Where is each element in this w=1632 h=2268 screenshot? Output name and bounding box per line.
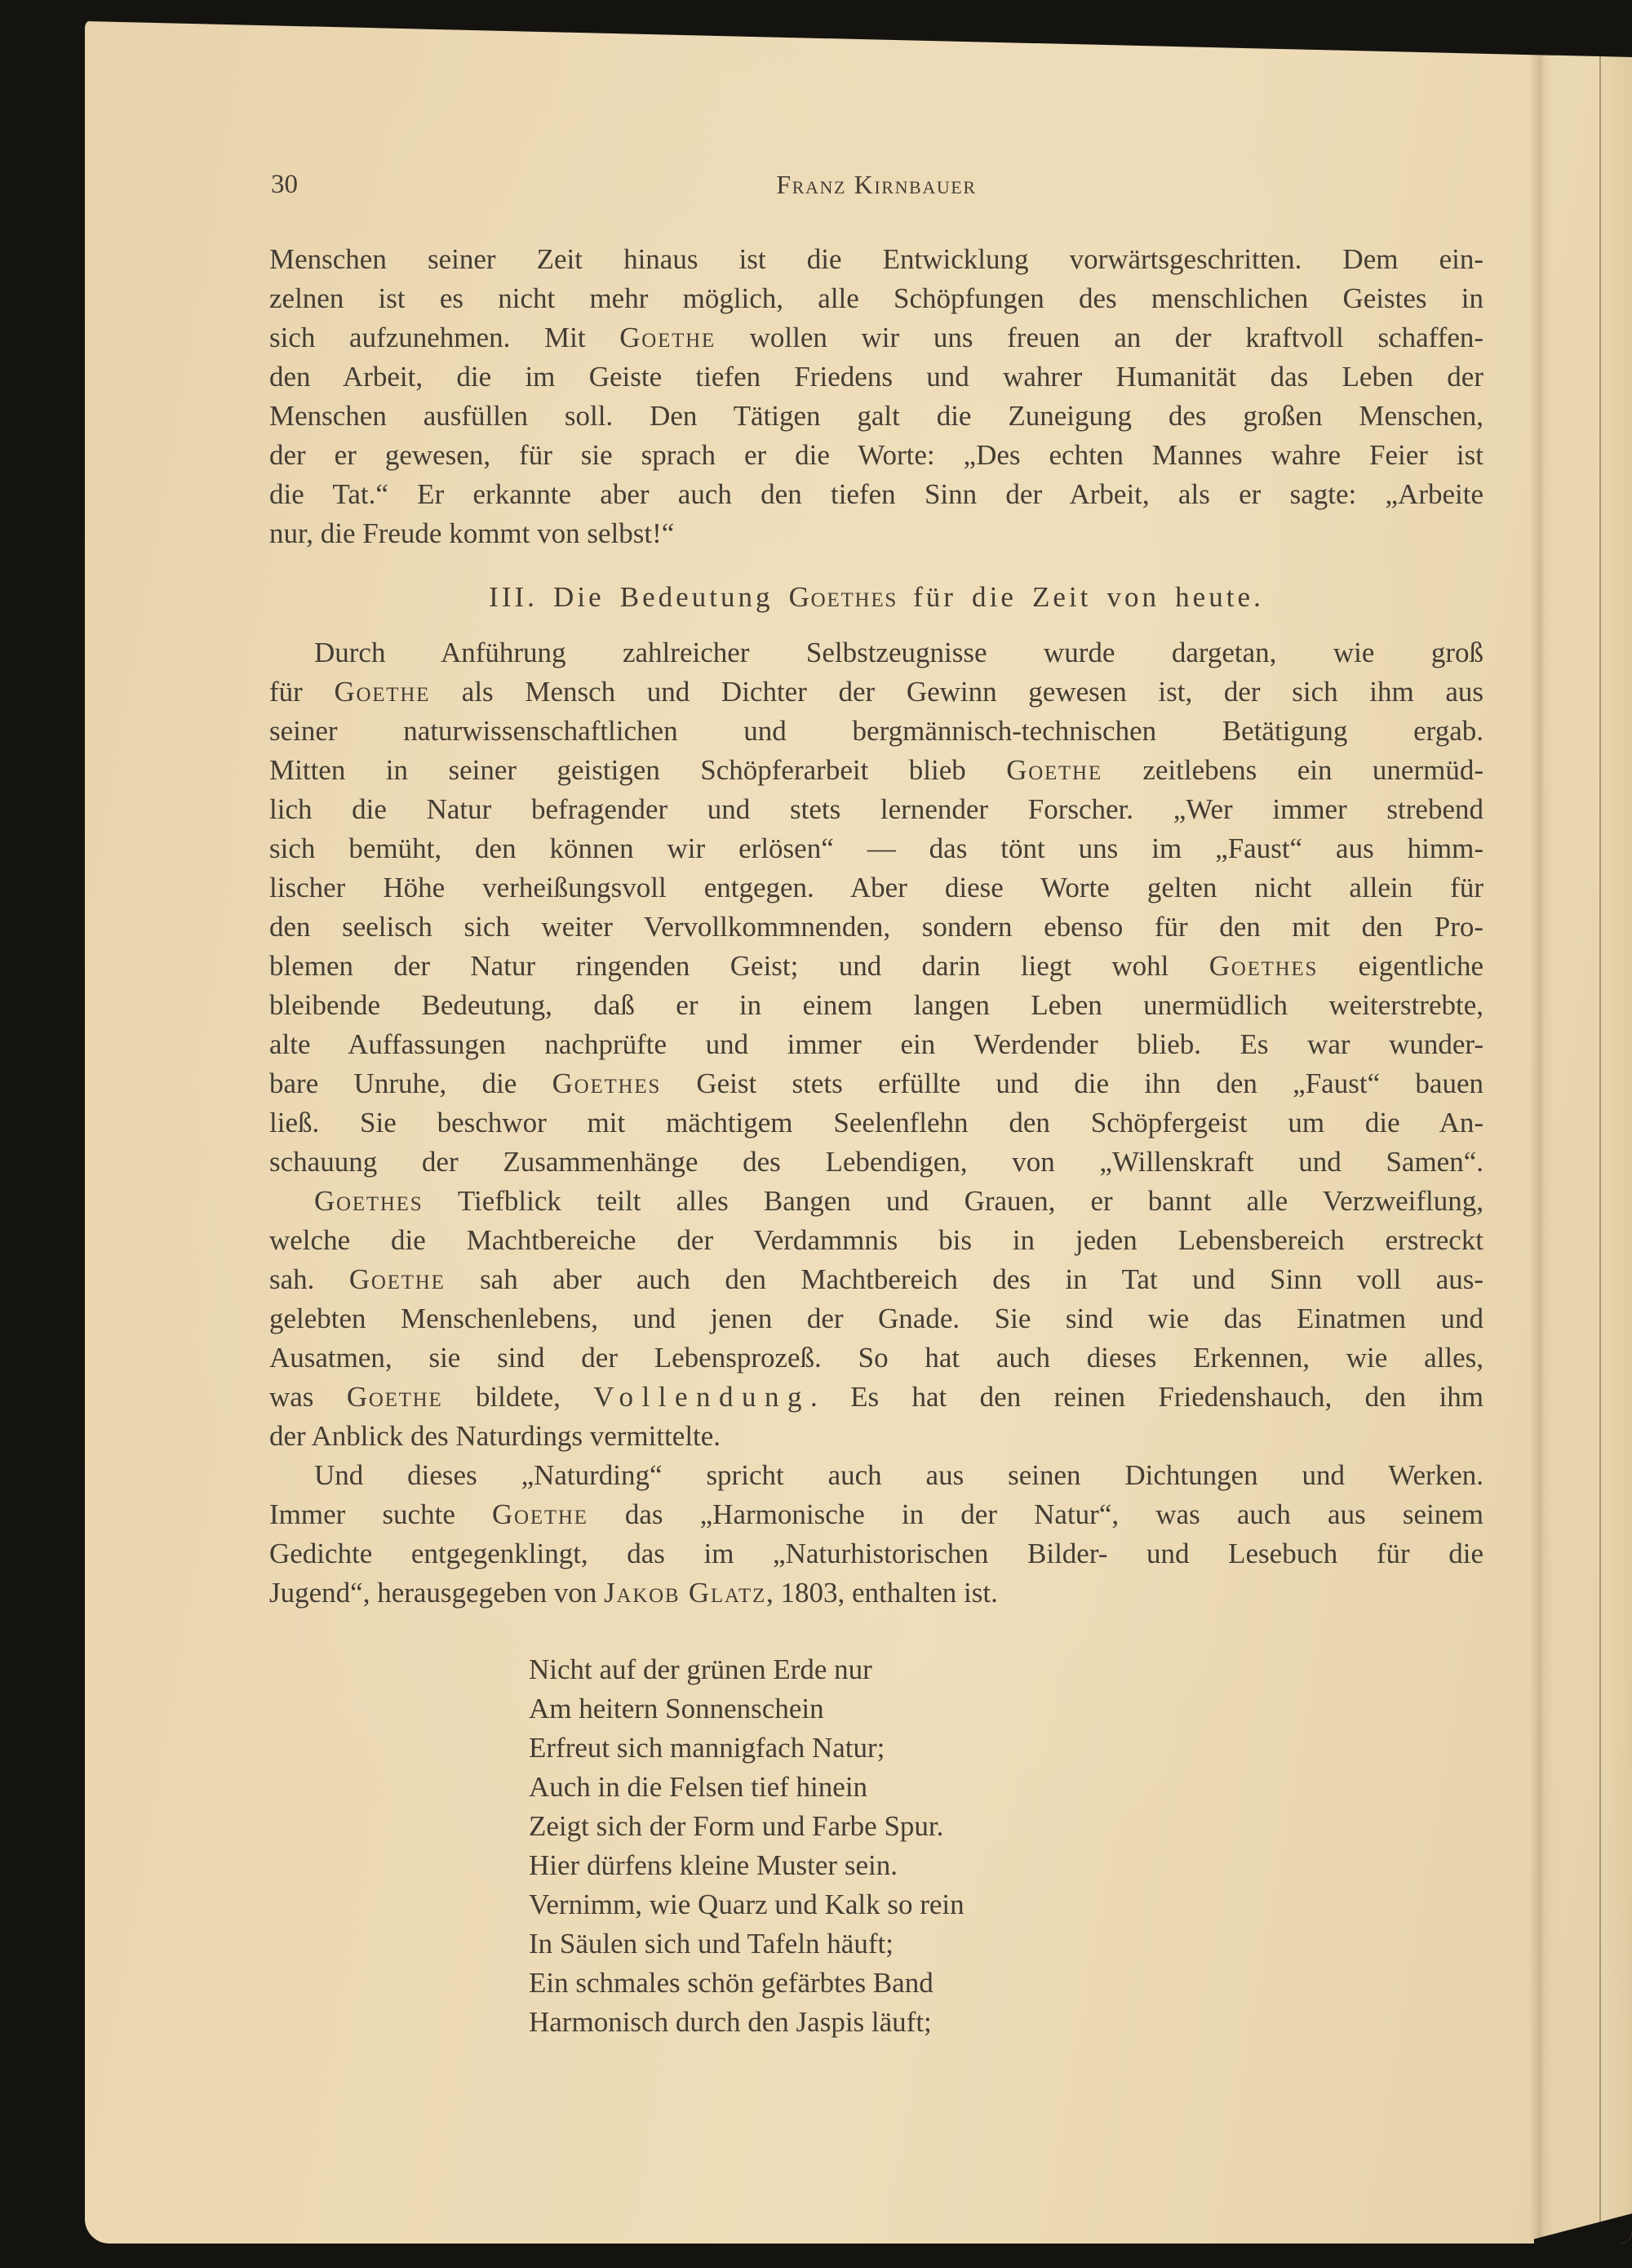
text-line: lich die Natur befragender und stets ler… <box>269 790 1483 829</box>
book-page-edges <box>24 44 91 2235</box>
text-line: nur, die Freude kommt von selbst!“ <box>269 514 1483 553</box>
photo-shadow-top <box>85 20 1632 60</box>
text-line: den seelisch sich weiter Vervollkommnend… <box>269 908 1483 947</box>
paragraph: Goethes Tiefblick teilt alles Bangen und… <box>269 1182 1483 1456</box>
text-line: Goethes Tiefblick teilt alles Bangen und… <box>269 1182 1483 1221</box>
text-line: für Goethe als Mensch und Dichter der Ge… <box>269 672 1483 712</box>
text-line: der er gewesen, für sie sprach er die Wo… <box>269 436 1483 475</box>
poem-line: Ein schmales schön gefärbtes Band <box>529 1964 1483 2003</box>
running-header: Franz Kirnbauer <box>269 165 1483 204</box>
text-line: Menschen seiner Zeit hinaus ist die Entw… <box>269 240 1483 279</box>
page-header: 30 Franz Kirnbauer <box>269 165 1483 201</box>
text-line: bare Unruhe, die Goethes Geist stets erf… <box>269 1064 1483 1103</box>
text-line: sich aufzunehmen. Mit Goethe wollen wir … <box>269 318 1483 357</box>
text-line: alte Auffassungen nachprüfte und immer e… <box>269 1025 1483 1064</box>
text-line: Gedichte entgegenklingt, das im „Naturhi… <box>269 1534 1483 1573</box>
text-line: welche die Machtbereiche der Verdammnis … <box>269 1221 1483 1260</box>
text-line: sah. Goethe sah aber auch den Machtberei… <box>269 1260 1483 1299</box>
book-page: 30 Franz Kirnbauer Menschen seiner Zeit … <box>85 20 1632 2244</box>
text-line: seiner naturwissenschaftlichen und bergm… <box>269 712 1483 751</box>
scanned-book-photo: 30 Franz Kirnbauer Menschen seiner Zeit … <box>0 0 1632 2268</box>
text-line: Durch Anführung zahlreicher Selbstzeugni… <box>269 633 1483 672</box>
text-line: Menschen ausfüllen soll. Den Tätigen gal… <box>269 397 1483 436</box>
paragraph-continuation: Menschen seiner Zeit hinaus ist die Entw… <box>269 240 1483 553</box>
poem-line: Zeigt sich der Form und Farbe Spur. <box>529 1807 1483 1846</box>
poem-line: Nicht auf der grünen Erde nur <box>529 1650 1483 1689</box>
poem-line: Hier dürfens kleine Muster sein. <box>529 1846 1483 1885</box>
poem-line: Vernimm, wie Quarz und Kalk so rein <box>529 1885 1483 1924</box>
poem-line: Erfreut sich mannigfach Natur; <box>529 1729 1483 1768</box>
text-line: ließ. Sie beschwor mit mächtigem Seelenf… <box>269 1103 1483 1143</box>
text-line: die Tat.“ Er erkannte aber auch den tief… <box>269 475 1483 514</box>
page-crease <box>1529 52 1554 2244</box>
poem-line: In Säulen sich und Tafeln häuft; <box>529 1924 1483 1964</box>
text-line: der Anblick des Naturdings vermittelte. <box>269 1417 1483 1456</box>
text-line: Mitten in seiner geistigen Schöpferarbei… <box>269 751 1483 790</box>
page-fore-edge <box>1599 55 1632 2244</box>
text-line: den Arbeit, die im Geiste tiefen Frieden… <box>269 357 1483 397</box>
poem-line: Auch in die Felsen tief hinein <box>529 1768 1483 1807</box>
text-line: bleibende Bedeutung, daß er in einem lan… <box>269 986 1483 1025</box>
text-line: Immer suchte Goethe das „Harmonische in … <box>269 1495 1483 1534</box>
text-line: lischer Höhe verheißungsvoll entgegen. A… <box>269 868 1483 908</box>
text-line: Und dieses „Naturding“ spricht auch aus … <box>269 1456 1483 1495</box>
section-heading: III. Die Bedeutung Goethes für die Zeit … <box>269 578 1483 617</box>
text-line: zelnen ist es nicht mehr möglich, alle S… <box>269 279 1483 318</box>
paragraph: Durch Anführung zahlreicher Selbstzeugni… <box>269 633 1483 1182</box>
poem-line: Harmonisch durch den Jaspis läuft; <box>529 2003 1483 2042</box>
text-line: Jugend“, herausgegeben von Jakob Glatz, … <box>269 1573 1483 1613</box>
poem: Nicht auf der grünen Erde nurAm heitern … <box>529 1650 1483 2042</box>
text-line: Ausatmen, sie sind der Lebensprozeß. So … <box>269 1338 1483 1378</box>
text-line: sich bemüht, den können wir erlösen“ — d… <box>269 829 1483 868</box>
text-line: schauung der Zusammenhänge des Lebendige… <box>269 1143 1483 1182</box>
page-content: 30 Franz Kirnbauer Menschen seiner Zeit … <box>269 165 1483 2042</box>
text-line: gelebten Menschenlebens, und jenen der G… <box>269 1299 1483 1338</box>
text-line: was Goethe bildete, Vollendung. Es hat d… <box>269 1378 1483 1417</box>
poem-line: Am heitern Sonnenschein <box>529 1689 1483 1729</box>
paragraph: Und dieses „Naturding“ spricht auch aus … <box>269 1456 1483 1613</box>
text-line: blemen der Natur ringenden Geist; und da… <box>269 947 1483 986</box>
